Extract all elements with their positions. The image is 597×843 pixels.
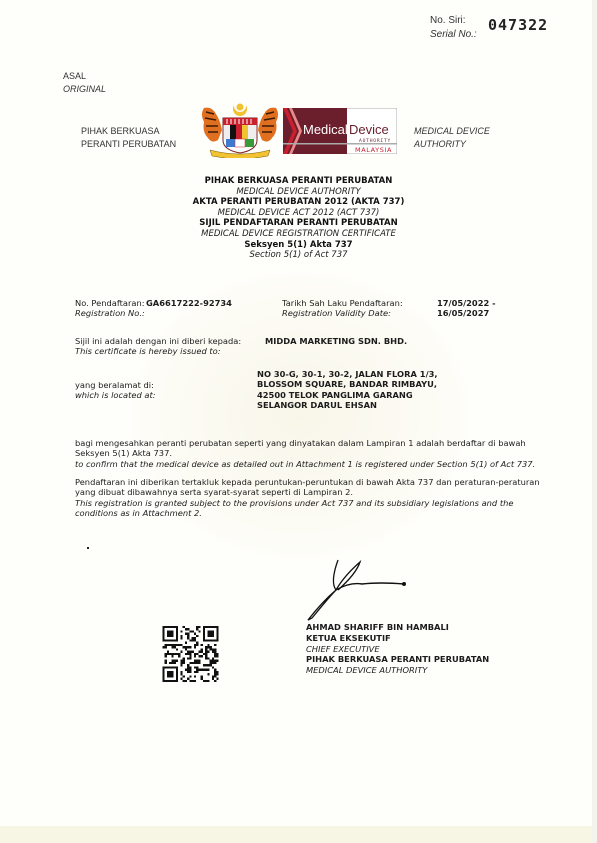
address-label: yang beralamat di: which is located at: xyxy=(75,380,156,401)
validity-label: Tarikh Sah Laku Pendaftaran: Registratio… xyxy=(282,298,403,319)
authority-name-en: MEDICAL DEVICE AUTHORITY xyxy=(414,125,490,151)
validity-value: 17/05/2022 - 16/05/2027 xyxy=(437,298,496,319)
signatory-org-ms: PIHAK BERKUASA PERANTI PERUBATAN xyxy=(306,654,489,665)
serial-label: No. Siri: Serial No.: xyxy=(430,14,477,42)
authority-right-line1: MEDICAL DEVICE xyxy=(414,125,490,138)
certificate-heading: PIHAK BERKUASA PERANTI PERUBATAN MEDICAL… xyxy=(0,176,597,261)
page-edge xyxy=(592,0,597,843)
company-address: NO 30-G, 30-1, 30-2, JALAN FLORA 1/3, BL… xyxy=(257,369,438,411)
validity-label-en: Registration Validity Date: xyxy=(282,308,403,318)
authority-right-line2: AUTHORITY xyxy=(414,138,490,151)
bottom-border-band xyxy=(0,826,597,843)
stray-mark xyxy=(87,547,89,549)
logo-word1: Medical xyxy=(303,122,348,137)
validity-from: 17/05/2022 - xyxy=(437,298,496,308)
confirmation-paragraph: bagi mengesahkan peranti perubatan seper… xyxy=(75,438,545,469)
issued-to-label-en: This certificate is hereby issued to: xyxy=(75,346,241,356)
signatory-name: AHMAD SHARIFF BIN HAMBALI xyxy=(306,622,489,633)
registration-no-label-en: Registration No.: xyxy=(75,308,145,318)
conditions-text-en: This registration is granted subject to … xyxy=(75,498,545,519)
heading-act-ms: AKTA PERANTI PERUBATAN 2012 (AKTA 737) xyxy=(0,197,597,208)
registration-no-label-ms: No. Pendaftaran: xyxy=(75,298,145,308)
issued-to-label: Sijil ini adalah dengan ini diberi kepad… xyxy=(75,336,241,357)
validity-label-ms: Tarikh Sah Laku Pendaftaran: xyxy=(282,298,403,308)
signatory-block: AHMAD SHARIFF BIN HAMBALI KETUA EKSEKUTI… xyxy=(306,622,489,676)
heading-section-ms: Seksyen 5(1) Akta 737 xyxy=(0,240,597,251)
authority-left-line1: PIHAK BERKUASA xyxy=(81,125,176,138)
serial-label-ms: No. Siri: xyxy=(430,14,477,28)
logo-word2: Device xyxy=(349,122,389,137)
logo-sub1: AUTHORITY xyxy=(359,138,391,144)
confirmation-text-ms: bagi mengesahkan peranti perubatan seper… xyxy=(75,438,545,459)
authority-name-ms: PIHAK BERKUASA PERANTI PERUBATAN xyxy=(81,125,176,151)
address-line: 42500 TELOK PANGLIMA GARANG xyxy=(257,390,438,400)
issued-to-label-ms: Sijil ini adalah dengan ini diberi kepad… xyxy=(75,336,241,346)
serial-number: 047322 xyxy=(488,16,548,34)
signatory-title-en: CHIEF EXECUTIVE xyxy=(306,644,489,655)
serial-label-en: Serial No.: xyxy=(430,28,477,42)
qr-code-icon xyxy=(162,626,219,682)
signatory-org-en: MEDICAL DEVICE AUTHORITY xyxy=(306,665,489,676)
mda-logo: Medical Device AUTHORITY MALAYSIA xyxy=(283,108,397,154)
coat-of-arms-icon xyxy=(198,100,282,158)
registration-no-label: No. Pendaftaran: Registration No.: xyxy=(75,298,145,319)
heading-act-en: MEDICAL DEVICE ACT 2012 (ACT 737) xyxy=(0,208,597,219)
copy-type-en: ORIGINAL xyxy=(63,83,106,96)
conditions-paragraph: Pendaftaran ini diberikan tertakluk kepa… xyxy=(75,477,545,519)
heading-cert-ms: SIJIL PENDAFTARAN PERANTI PERUBATAN xyxy=(0,218,597,229)
copy-type: ASAL ORIGINAL xyxy=(63,70,106,96)
address-label-ms: yang beralamat di: xyxy=(75,380,156,390)
conditions-text-ms: Pendaftaran ini diberikan tertakluk kepa… xyxy=(75,477,545,498)
logo-sub2: MALAYSIA xyxy=(355,146,392,154)
heading-authority-en: MEDICAL DEVICE AUTHORITY xyxy=(0,187,597,198)
company-name: MIDDA MARKETING SDN. BHD. xyxy=(265,336,407,346)
address-line: NO 30-G, 30-1, 30-2, JALAN FLORA 1/3, xyxy=(257,369,438,379)
address-line: SELANGOR DARUL EHSAN xyxy=(257,400,438,410)
heading-authority-ms: PIHAK BERKUASA PERANTI PERUBATAN xyxy=(0,176,597,187)
authority-left-line2: PERANTI PERUBATAN xyxy=(81,138,176,151)
confirmation-text-en: to confirm that the medical device as de… xyxy=(75,459,545,469)
signatory-title-ms: KETUA EKSEKUTIF xyxy=(306,633,489,644)
registration-no-value: GA6617222-92734 xyxy=(146,298,232,308)
heading-cert-en: MEDICAL DEVICE REGISTRATION CERTIFICATE xyxy=(0,229,597,240)
validity-to: 16/05/2027 xyxy=(437,308,496,318)
copy-type-ms: ASAL xyxy=(63,70,106,83)
heading-section-en: Section 5(1) of Act 737 xyxy=(0,250,597,261)
address-label-en: which is located at: xyxy=(75,390,156,400)
signature-icon xyxy=(300,556,420,622)
address-line: BLOSSOM SQUARE, BANDAR RIMBAYU, xyxy=(257,379,438,389)
